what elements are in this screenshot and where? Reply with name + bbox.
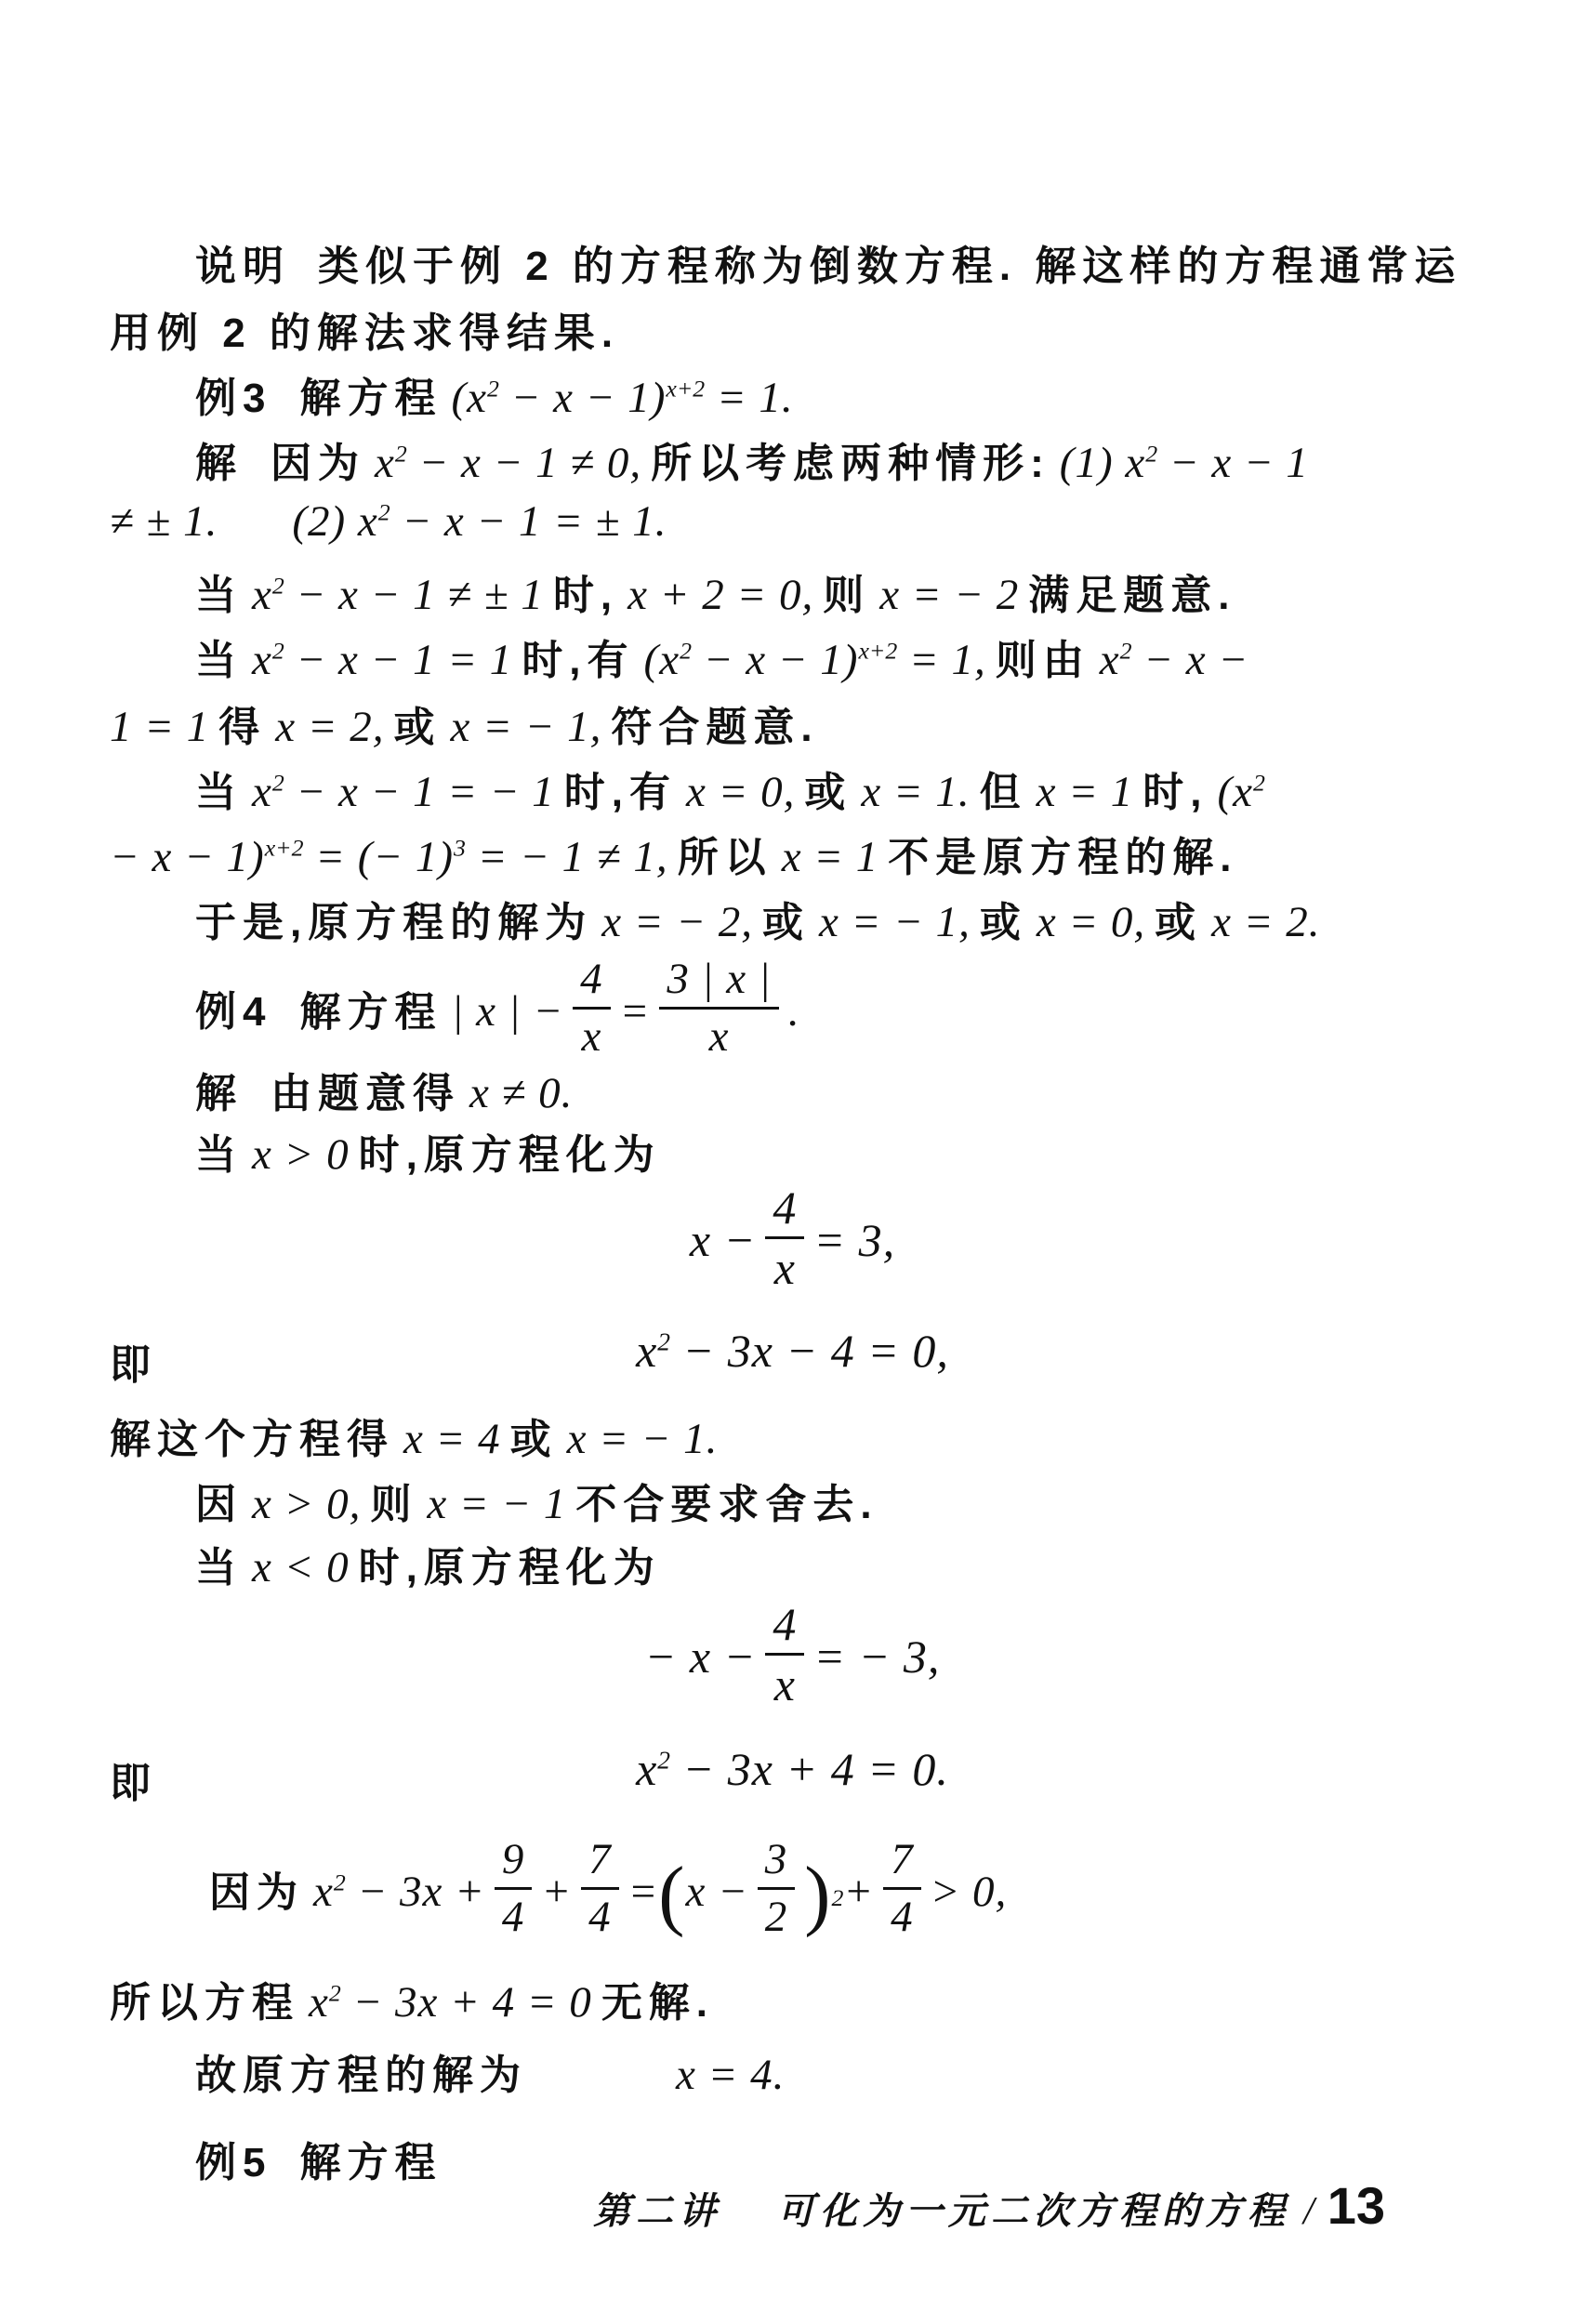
math-run: x <box>252 768 272 816</box>
example5-lead: 解方程 <box>299 2140 442 2185</box>
math-run: = 1. <box>705 374 793 422</box>
example4-solution-line6: 因为x2 − 3x +94+74=(x −32)2+74> 0, <box>209 1845 1016 1947</box>
math-run: = − 3, <box>813 1631 940 1683</box>
fraction: 4x <box>765 1601 804 1708</box>
text-run: 时,有 <box>522 638 634 683</box>
text-run: 因 <box>195 1482 243 1527</box>
solution-label: 解 <box>195 441 243 486</box>
math-expression: x = 1 <box>1037 768 1134 816</box>
superscript: 2 <box>1253 769 1265 796</box>
math-expression: x ≠ 0. <box>469 1069 573 1117</box>
note-label: 说明 <box>195 244 290 289</box>
math-run: x < 0 <box>252 1543 350 1591</box>
text-run: 则 <box>370 1482 417 1527</box>
math-run: x = − 1, <box>819 898 971 946</box>
solution-line4: 当x2 − x − 1 = 1时,有(x2 − x − 1)x+2 = 1,则由… <box>195 627 1258 686</box>
math-run: x > 0 <box>252 1130 350 1179</box>
math-run: x = − 2 <box>879 571 1019 619</box>
text-run: 时,原方程化为 <box>359 1545 661 1591</box>
text-run: 故原方程的解为 <box>195 2053 527 2098</box>
math-run: − x − 1 = ± 1. <box>390 497 667 546</box>
solution-line6: 当x2 − x − 1 = − 1时,有x = 0,或x = 1.但x = 1时… <box>195 759 1275 818</box>
fraction: 3 | x |x <box>659 957 778 1059</box>
fraction: 4x <box>765 1184 804 1291</box>
math-run: x <box>252 636 272 684</box>
solution-line1: 解因为x2 − x − 1 ≠ 0,所以考虑两种情形:(1) x2 − x − … <box>195 429 1318 489</box>
text-run: 时, <box>1143 770 1208 815</box>
example4-statement: 例4解方程| x | −4x=3 | x |x. <box>195 965 810 1066</box>
math-run: (2) x <box>292 497 377 546</box>
superscript: 2 <box>1145 440 1157 467</box>
math-run: x = − 1. <box>567 1415 719 1463</box>
numerator: 3 | x | <box>659 957 778 1007</box>
math-expression: 1 = 1 <box>110 703 209 751</box>
display-equation-2: x2 − 3x − 4 = 0, <box>0 1324 1585 1378</box>
example4-lead: 解方程 <box>299 989 442 1035</box>
text-run: 当 <box>195 1132 243 1178</box>
math-expression: − x − 1)x+2 = (− 1)3 = − 1 ≠ 1, <box>110 833 668 881</box>
math-run: x = 2. <box>1211 898 1320 946</box>
math-run: | x | − <box>451 987 563 1036</box>
fraction: 74 <box>883 1838 921 1939</box>
superscript: 2 <box>378 498 390 525</box>
superscript: 2 <box>657 1745 670 1774</box>
math-run: − x − 1) <box>692 636 858 684</box>
math-run: x <box>1100 636 1120 684</box>
text-run: 但 <box>980 770 1027 815</box>
math-expression: x2 − 3x + 4 = 0. <box>636 1743 949 1795</box>
math-expression: x2 − x − 1 ≠ 0, <box>375 439 641 487</box>
math-run: − 3x + 4 = 0. <box>670 1743 949 1795</box>
math-run: − x − <box>645 1631 757 1683</box>
text-run: 或 <box>980 900 1027 945</box>
math-run: x ≠ 0. <box>469 1069 573 1117</box>
text-run: 因为 <box>209 1869 304 1915</box>
fraction: 32 <box>758 1838 796 1939</box>
math-expression: x2 − 3x + 4 = 0 <box>309 1978 592 2027</box>
math-expression: x = 0, <box>1037 898 1145 946</box>
example4-solution-line7: 所以方程x2 − 3x + 4 = 0无解. <box>110 1969 714 2028</box>
math-run: + <box>541 1868 572 1916</box>
note-paragraph-line2: 用例 2 的解法求得结果. <box>110 299 619 359</box>
text-run: 当 <box>195 638 243 683</box>
solution-line3: 当x2 − x − 1 ≠ ± 1时,x + 2 = 0,则x = − 2满足题… <box>195 561 1236 621</box>
fraction: 74 <box>581 1838 619 1939</box>
math-run: (x <box>644 636 680 684</box>
math-expression: ≠ ± 1. <box>110 497 218 546</box>
math-expression: x = 0, <box>686 768 795 816</box>
text-run: 所以考虑两种情形: <box>651 441 1050 486</box>
math-run: > 0, <box>931 1868 1008 1916</box>
example4-solution-line1: 解由题意得x ≠ 0. <box>195 1060 582 1119</box>
superscript: 2 <box>831 1884 843 1911</box>
solution-line8: 于是,原方程的解为x = − 2,或x = − 1,或x = 0,或x = 2. <box>195 889 1329 948</box>
math-run: . <box>788 987 800 1036</box>
text-run: 因为 <box>271 441 365 486</box>
math-expression: x = − 2 <box>879 571 1019 619</box>
math-run: − 3x + <box>346 1868 485 1916</box>
superscript: 2 <box>272 572 284 599</box>
math-run: − x − 1 = 1 <box>284 636 513 684</box>
math-expression: x > 0, <box>252 1480 361 1528</box>
math-run: − x − 1 <box>1157 439 1309 487</box>
denominator: 2 <box>758 1887 796 1939</box>
text-run: 或 <box>510 1417 558 1462</box>
math-run: 1 = 1 <box>110 703 209 751</box>
superscript: 2 <box>487 375 499 402</box>
math-run: x <box>636 1743 657 1795</box>
superscript: 3 <box>454 834 466 861</box>
example4-solution-line3: 解这个方程得x = 4或x = − 1. <box>110 1406 727 1465</box>
math-run: x = − 1, <box>451 703 602 751</box>
math-expression: x = − 1, <box>819 898 971 946</box>
math-run: − x − 1) <box>499 374 666 422</box>
example4-solution-line2: 当x > 0时,原方程化为 <box>195 1121 661 1181</box>
math-run: x − <box>685 1868 747 1916</box>
math-expression: (x2 − x − 1)x+2 = 1. <box>451 374 793 422</box>
example4-label: 例4 <box>195 989 271 1035</box>
text-run: 满足题意. <box>1028 573 1235 618</box>
numerator: 4 <box>765 1184 804 1236</box>
display-equation-1: x −4x= 3, <box>0 1192 1585 1299</box>
math-expression: x < 0 <box>252 1543 350 1591</box>
math-run: x = 1 <box>782 833 879 881</box>
text-run: 当 <box>195 770 243 815</box>
denominator: 4 <box>883 1887 921 1939</box>
math-run: x = 2, <box>275 703 384 751</box>
math-expression: | x | −4x=3 | x |x. <box>451 987 799 1036</box>
example4-solution-line5: 当x < 0时,原方程化为 <box>195 1534 661 1593</box>
math-run: x <box>309 1978 329 2027</box>
math-run: − x − 1) <box>110 833 265 881</box>
display-equation-4: x2 − 3x + 4 = 0. <box>0 1742 1585 1796</box>
display-equation-3: − x −4x= − 3, <box>0 1608 1585 1715</box>
text-run: 不是原方程的解. <box>888 835 1237 880</box>
math-run: x = 4 <box>403 1415 501 1463</box>
page-number: 13 <box>1327 2176 1385 2235</box>
text-run: 符合题意. <box>611 705 818 750</box>
math-run: = <box>620 987 651 1036</box>
math-expression: x2 − x − 1 = 1 <box>252 636 512 684</box>
math-expression: x + 2 = 0, <box>627 571 813 619</box>
math-run: x <box>313 1868 334 1916</box>
text-run: 时,原方程化为 <box>359 1132 661 1178</box>
example4-solution-line4: 因x > 0,则x = − 1不合要求舍去. <box>195 1471 878 1530</box>
example5-label: 例5 <box>195 2140 271 2185</box>
math-expression: x = − 2, <box>601 898 753 946</box>
math-expression: x2 − x − 1 = − 1 <box>252 768 555 816</box>
text-run: 于是,原方程的解为 <box>195 900 592 945</box>
math-run: x = − 1 <box>427 1480 566 1528</box>
example3-lead: 解方程 <box>299 376 442 421</box>
text-run: 时, <box>553 573 618 618</box>
page-footer: 第二讲可化为一元二次方程的方程/13 <box>593 2175 1385 2236</box>
solution-label: 解 <box>195 1071 243 1116</box>
numerator: 3 <box>758 1838 796 1887</box>
superscript: 2 <box>395 440 407 467</box>
solution-line2: ≠ ± 1.(2) x2 − x − 1 = ± 1. <box>110 496 677 547</box>
numerator: 7 <box>883 1838 921 1887</box>
fraction: 94 <box>495 1838 533 1939</box>
text-run: 时,有 <box>564 770 677 815</box>
math-run: x <box>375 439 395 487</box>
denominator: x <box>659 1007 778 1059</box>
numerator: 9 <box>495 1838 533 1887</box>
footer-separator: / <box>1303 2190 1314 2233</box>
math-run: = <box>628 1868 659 1916</box>
math-run: x = 4. <box>676 2051 785 2099</box>
math-expression: x = − 1, <box>451 703 602 751</box>
math-expression: x2 − x − <box>1100 636 1248 684</box>
left-paren: ( <box>658 1853 685 1939</box>
math-run: − x − 1 = − 1 <box>284 768 555 816</box>
math-run: − 3x + 4 = 0 <box>341 1978 592 2027</box>
math-run: x <box>636 1325 657 1377</box>
text-run: 由题意得 <box>271 1071 460 1116</box>
denominator: x <box>573 1007 611 1059</box>
text-run: 或 <box>804 770 852 815</box>
fraction: 4x <box>573 957 611 1059</box>
superscript: 2 <box>1120 637 1132 664</box>
math-run: x > 0, <box>252 1480 361 1528</box>
math-expression: x > 0 <box>252 1130 350 1179</box>
text-run: 所以 <box>678 835 773 880</box>
math-run: x + 2 = 0, <box>627 571 813 619</box>
numerator: 7 <box>581 1838 619 1887</box>
math-run: = 1, <box>897 636 985 684</box>
math-run: (x <box>451 374 487 422</box>
example5-statement: 例5解方程 <box>195 2129 442 2188</box>
denominator: x <box>765 1236 804 1291</box>
math-expression: x = 1 <box>782 833 879 881</box>
math-expression: (1) x2 − x − 1 <box>1060 439 1309 487</box>
math-run: (x <box>1217 768 1253 816</box>
denominator: 4 <box>581 1887 619 1939</box>
scanned-textbook-page: 说明类似于例 2 的方程称为倒数方程. 解这样的方程通常运 用例 2 的解法求得… <box>0 0 1585 2324</box>
math-run: = 3, <box>813 1214 895 1266</box>
math-expression: − x −4x= − 3, <box>645 1631 941 1683</box>
text-run: 或 <box>394 705 442 750</box>
math-run: x <box>252 571 272 619</box>
math-run: = − 1 ≠ 1, <box>466 833 668 881</box>
example3-statement: 例3解方程(x2 − x − 1)x+2 = 1. <box>195 364 803 424</box>
math-expression: x = 2, <box>275 703 384 751</box>
text-run: 无解. <box>601 1980 714 2026</box>
math-expression: (x2 <box>1217 768 1264 816</box>
superscript: 2 <box>657 1327 670 1355</box>
math-run: − x − 1 ≠ 0, <box>407 439 641 487</box>
note-paragraph-line1: 说明类似于例 2 的方程称为倒数方程. 解这样的方程通常运 <box>195 232 1461 292</box>
text-run: 解这个方程得 <box>110 1417 394 1462</box>
math-expression: x2 − 3x +94+74=(x −32)2+74> 0, <box>313 1868 1007 1916</box>
math-run: x − <box>690 1214 756 1266</box>
example4-conclusion: 故原方程的解为x = 4. <box>195 2041 794 2101</box>
math-run: (1) x <box>1060 439 1145 487</box>
math-expression: x2 − x − 1 ≠ ± 1 <box>252 571 544 619</box>
math-run: x = 0, <box>1037 898 1145 946</box>
math-expression: x = 2. <box>1211 898 1320 946</box>
superscript: x+2 <box>265 834 304 861</box>
example3-label: 例3 <box>195 376 271 421</box>
text-run: 得 <box>218 705 266 750</box>
math-expression: (x2 − x − 1)x+2 = 1, <box>644 636 986 684</box>
text-run: 则 <box>823 573 870 618</box>
numerator: 4 <box>573 957 611 1007</box>
note-text-continued: 用例 2 的解法求得结果. <box>110 310 619 356</box>
math-expression: x = − 1. <box>567 1415 719 1463</box>
math-run: x = 0, <box>686 768 795 816</box>
math-expression: (2) x2 − x − 1 = ± 1. <box>292 497 667 546</box>
text-run: 则由 <box>996 638 1090 683</box>
text-run: 不合要求舍去. <box>575 1482 878 1527</box>
note-text: 类似于例 2 的方程称为倒数方程. 解这样的方程通常运 <box>318 244 1461 289</box>
right-paren: ) <box>804 1853 831 1939</box>
superscript: 2 <box>272 769 284 796</box>
text-run: 当 <box>195 1545 243 1591</box>
numerator: 4 <box>765 1601 804 1653</box>
superscript: x+2 <box>858 637 897 664</box>
math-run: − 3x − 4 = 0, <box>670 1325 949 1377</box>
superscript: 2 <box>334 1869 346 1896</box>
text-run: 当 <box>195 573 243 618</box>
footer-title: 可化为一元二次方程的方程 <box>777 2190 1290 2232</box>
math-run: = (− 1) <box>304 833 454 881</box>
solution-line7: − x − 1)x+2 = (− 1)3 = − 1 ≠ 1,所以x = 1不是… <box>110 824 1238 883</box>
math-run: x = 1. <box>861 768 970 816</box>
text-run: 所以方程 <box>110 1980 299 2026</box>
math-run: x = − 2, <box>601 898 753 946</box>
math-expression: x = 4. <box>676 2051 785 2099</box>
denominator: x <box>765 1653 804 1708</box>
text-run: 或 <box>762 900 810 945</box>
math-expression: x = 4 <box>403 1415 501 1463</box>
solution-line5: 1 = 1得x = 2,或x = − 1,符合题意. <box>110 693 819 753</box>
superscript: 2 <box>272 637 284 664</box>
superscript: x+2 <box>666 375 705 402</box>
math-run: + <box>843 1868 874 1916</box>
math-expression: x −4x= 3, <box>690 1214 895 1266</box>
math-expression: x = 1. <box>861 768 970 816</box>
superscript: 2 <box>329 1979 341 2006</box>
math-run: − x − 1 ≠ ± 1 <box>284 571 544 619</box>
math-expression: x = − 1 <box>427 1480 566 1528</box>
footer-chapter: 第二讲 <box>593 2190 721 2232</box>
math-run: ≠ ± 1. <box>110 497 218 546</box>
math-run: x = 1 <box>1037 768 1134 816</box>
superscript: 2 <box>680 637 692 664</box>
math-expression: x2 − 3x − 4 = 0, <box>636 1325 949 1377</box>
text-run: 或 <box>1155 900 1202 945</box>
math-run: − x − <box>1132 636 1249 684</box>
denominator: 4 <box>495 1887 533 1939</box>
